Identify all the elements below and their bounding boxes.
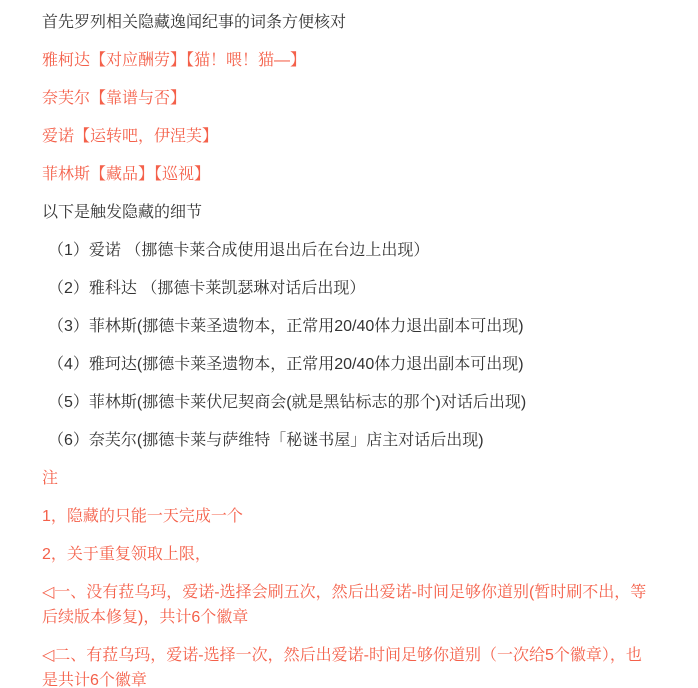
entry-naifuer: 奈芙尔【靠谱与否】: [42, 86, 656, 111]
note-item-2: 2，关于重复领取上限，: [42, 542, 656, 567]
details-heading: 以下是触发隐藏的细节: [42, 200, 656, 225]
detail-item-4: （4）雅珂达(挪德卡莱圣遗物本，正常用20/40体力退出副本可出现): [42, 352, 656, 377]
entry-feilinsi: 菲林斯【藏品】【巡视】: [42, 162, 656, 187]
note-case-1: ◁一、没有菈乌玛，爱诺-选择会刷五次，然后出爱诺-时间足够你道别(暂时刷不出，等…: [42, 580, 656, 630]
detail-item-3: （3）菲林斯(挪德卡莱圣遗物本，正常用20/40体力退出副本可出现): [42, 314, 656, 339]
detail-item-2: （2）雅科达 （挪德卡莱凯瑟琳对话后出现）: [42, 276, 656, 301]
detail-item-6: （6）奈芙尔(挪德卡莱与萨维特「秘谜书屋」店主对话后出现): [42, 428, 656, 453]
detail-item-5: （5）菲林斯(挪德卡莱伏尼契商会(就是黑钻标志的那个)对话后出现): [42, 390, 656, 415]
intro-line: 首先罗列相关隐藏逸闻纪事的词条方便核对: [42, 10, 656, 35]
note-item-1: 1，隐藏的只能一天完成一个: [42, 504, 656, 529]
entry-yakeda: 雅柯达【对应酬劳】【猫！喂！猫—】: [42, 48, 656, 73]
entry-ainuo: 爱诺【运转吧，伊涅芙】: [42, 124, 656, 149]
note-case-2: ◁二、有菈乌玛，爱诺-选择一次，然后出爱诺-时间足够你道别（一次给5个徽章），也…: [42, 643, 656, 688]
note-heading: 注: [42, 466, 656, 491]
detail-item-1: （1）爱诺 （挪德卡莱合成使用退出后在台边上出现）: [42, 238, 656, 263]
forum-post-body: 首先罗列相关隐藏逸闻纪事的词条方便核对 雅柯达【对应酬劳】【猫！喂！猫—】 奈芙…: [0, 0, 698, 688]
